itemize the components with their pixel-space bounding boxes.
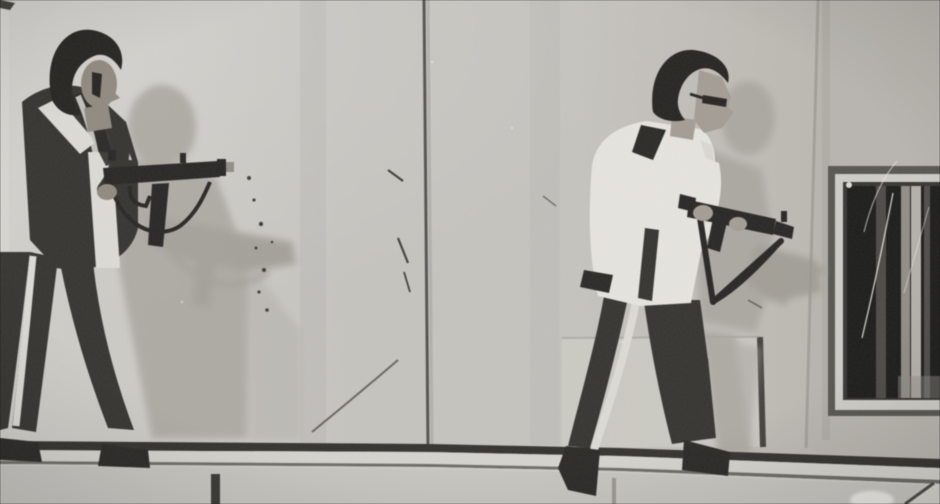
vignette-overlay	[0, 0, 940, 504]
photograph	[0, 0, 940, 504]
photo-viewport	[0, 0, 940, 504]
photo-canvas	[0, 0, 940, 504]
